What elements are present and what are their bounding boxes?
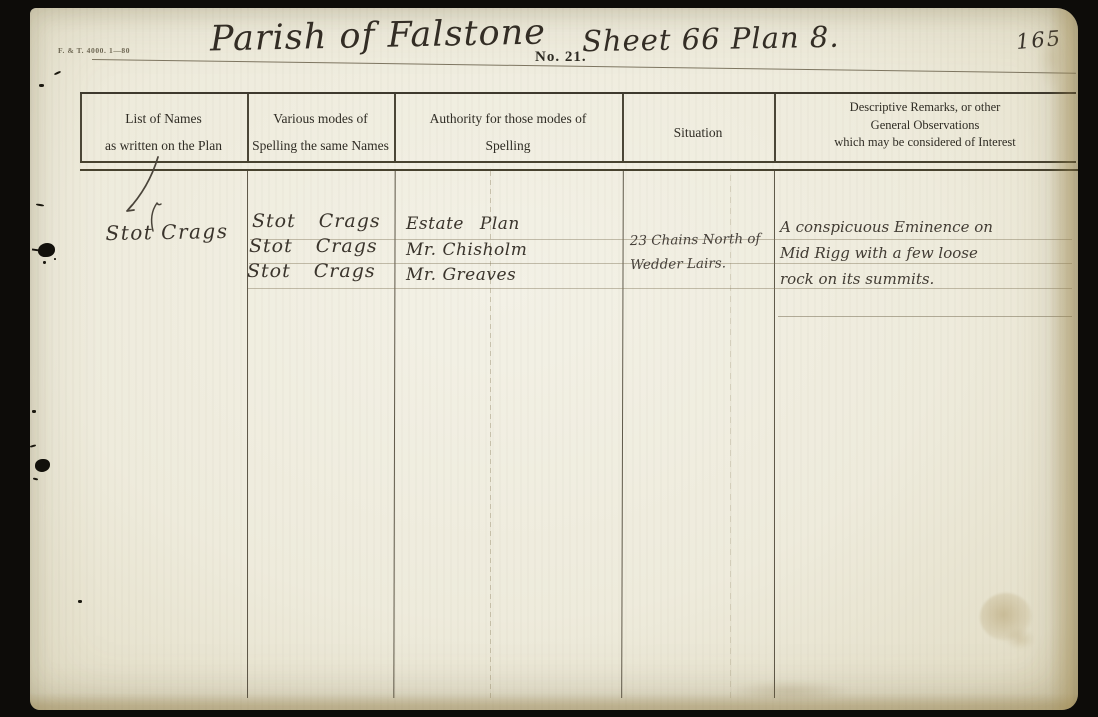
sheet-plan-title: Sheet 66 Plan 8. xyxy=(582,20,840,58)
heading-line: Spelling the same Names xyxy=(247,132,394,159)
ink-speck xyxy=(33,478,38,481)
column-separator-2 xyxy=(247,171,248,698)
header-bottom-rule-1 xyxy=(80,161,1076,163)
heading-line: List of Names xyxy=(80,105,247,132)
remarks-line: rock on its summits. xyxy=(780,266,993,292)
table-top-rule xyxy=(80,92,1076,94)
ink-blot xyxy=(35,459,50,472)
column-heading-authority: Authority for those modes of Spelling xyxy=(394,105,622,159)
authority-line: Estate Plan xyxy=(406,212,527,238)
remarks-line: Mid Rigg with a few loose xyxy=(780,240,993,266)
entry-authorities: Estate Plan Mr. Chisholm Mr. Greaves xyxy=(406,212,527,289)
ink-speck xyxy=(36,203,44,206)
document-page: F. & T. 4000. 1—80 Parish of Falstone No… xyxy=(30,8,1078,710)
entry-name: Stot Crags xyxy=(92,219,242,246)
number-label: No. 21. xyxy=(535,49,587,66)
column-separator-4 xyxy=(621,171,624,698)
paper-stain xyxy=(730,680,850,702)
ink-speck xyxy=(54,258,56,260)
form-code: F. & T. 4000. 1—80 xyxy=(58,46,130,55)
heading-line: Spelling xyxy=(394,132,622,159)
spelling-line: Stot Crags xyxy=(247,259,376,284)
heading-line: Various modes of xyxy=(247,105,394,132)
paper-stain xyxy=(980,593,1032,641)
situation-line: Wedder Lairs. xyxy=(630,251,761,277)
authority-line: Mr. Greaves xyxy=(406,263,527,289)
ink-speck xyxy=(32,410,36,413)
ink-blot xyxy=(38,243,55,257)
heading-line: General Observations xyxy=(774,117,1076,135)
faint-ruled-line xyxy=(778,316,1072,317)
paper-stain xyxy=(1005,628,1035,650)
entry-remarks: A conspicuous Eminence on Mid Rigg with … xyxy=(780,214,993,292)
authority-line: Mr. Chisholm xyxy=(406,238,527,264)
heading-line: which may be considered of Interest xyxy=(774,134,1076,152)
header-bottom-rule-2 xyxy=(80,169,1078,171)
situation-line: 23 Chains North of xyxy=(630,227,761,253)
folio-number: 165 xyxy=(1015,26,1063,54)
entry-situation: 23 Chains North of Wedder Lairs. xyxy=(630,227,762,277)
spelling-line: Stot Crags xyxy=(252,209,381,234)
entry-spellings: Stot Crags Stot Crags Stot Crags xyxy=(252,209,381,284)
ink-speck xyxy=(30,444,36,447)
column-heading-situation: Situation xyxy=(622,119,774,146)
ink-speck xyxy=(39,84,44,87)
column-heading-names: List of Names as written on the Plan xyxy=(80,105,247,159)
ink-speck xyxy=(54,71,61,76)
heading-line: Situation xyxy=(622,119,774,146)
column-separator-5 xyxy=(774,171,775,698)
heading-line: Authority for those modes of xyxy=(394,105,622,132)
column-separator-3 xyxy=(393,171,396,698)
remarks-line: A conspicuous Eminence on xyxy=(780,214,993,240)
column-heading-spellings: Various modes of Spelling the same Names xyxy=(247,105,394,159)
ink-speck xyxy=(43,261,46,264)
heading-line: Descriptive Remarks, or other xyxy=(774,99,1076,117)
spelling-line: Stot Crags xyxy=(249,234,378,259)
parish-title: Parish of Falstone xyxy=(210,13,541,60)
ink-speck xyxy=(78,600,82,603)
column-heading-remarks: Descriptive Remarks, or other General Ob… xyxy=(774,99,1076,152)
